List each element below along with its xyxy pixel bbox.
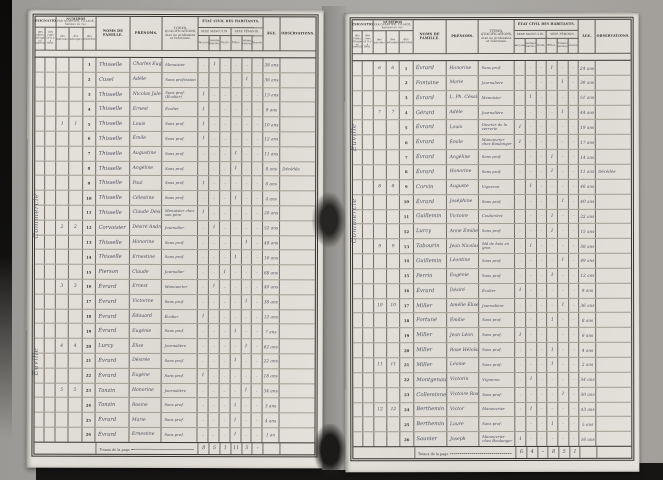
- cell-numero-menage: [387, 269, 400, 283]
- cell-hommes-maries: [209, 236, 220, 250]
- cell-hommes-maries: [526, 195, 537, 209]
- cell-veufs: [536, 61, 547, 75]
- cell-designation-rue: [46, 176, 56, 190]
- cell-veuves: [569, 432, 580, 446]
- cell-designation-rue: [46, 147, 56, 161]
- cell-nom: Lurcy: [414, 224, 448, 238]
- cell-age: 40 ans: [263, 280, 280, 294]
- cell-garcons: 1: [515, 328, 526, 342]
- cell-numero-maison: 1: [56, 117, 69, 131]
- cell-titre-profession: Menuisier: [163, 58, 199, 72]
- cell-age: 44 ans: [579, 105, 596, 119]
- cell-designation-village: [353, 343, 363, 357]
- cell-numero-maison: [374, 432, 387, 446]
- cell-veuves: [252, 413, 263, 427]
- cell-nom: Tanzin: [96, 398, 130, 412]
- cell-observation: [280, 236, 315, 250]
- cell-numero-maison: [56, 265, 69, 279]
- cell-femmes-mariees: [242, 206, 253, 220]
- cell-observation: [280, 132, 315, 146]
- cell-hommes-maries: [526, 358, 537, 372]
- cell-designation-rue: [46, 102, 56, 116]
- cell-hommes-maries: [526, 61, 537, 75]
- cell-femmes-mariees: [242, 103, 253, 117]
- cell-garcons: [515, 313, 526, 327]
- cell-titre-profession: Couturière: [479, 209, 515, 223]
- cell-nom: Thisselle: [96, 235, 130, 249]
- cell-titre-profession: Sans prof.: [479, 224, 515, 238]
- cell-filles: [231, 73, 242, 87]
- table-frame: DÉSIGNATION des villes, villages ou hame…: [31, 14, 318, 458]
- cell-femmes-mariees: [558, 224, 569, 238]
- cell-numero-maison: [373, 76, 386, 90]
- cell-veuves: [252, 236, 263, 250]
- cell-titre-profession: Sans prof.: [479, 269, 515, 283]
- cell-nom: Miller: [414, 328, 448, 342]
- cell-femmes-mariees: [241, 413, 252, 427]
- cell-hommes-maries: [526, 135, 537, 149]
- cell-nom: Évrard: [414, 195, 448, 209]
- cell-veufs: [537, 209, 548, 223]
- cell-numero-menage: [69, 250, 82, 264]
- cell-hommes-maries: 1: [210, 58, 221, 72]
- cell-numero-menage: [69, 176, 82, 190]
- cell-filles: [231, 206, 242, 220]
- table-row: 4420LurcyÉliseJournalière162 ans: [35, 339, 315, 355]
- cell-veufs: [220, 251, 231, 265]
- table-row: 7ÉvrardAngélineSans prof.114 ans: [353, 150, 631, 165]
- cell-titre-profession: Journalière: [162, 384, 198, 398]
- cell-filles: 1: [230, 413, 241, 427]
- cell-designation-rue: [46, 161, 56, 175]
- cell-numero-individu: 23: [401, 388, 414, 402]
- cell-veufs: [537, 388, 548, 402]
- cell-observation: [596, 328, 630, 342]
- cell-titre-profession: Sans prof.: [479, 195, 515, 209]
- cell-femmes-mariees: [241, 354, 252, 368]
- cell-numero-maison: 3: [56, 280, 69, 294]
- cell-veufs: [537, 358, 548, 372]
- cell-designation-village: [353, 388, 363, 402]
- cell-hommes-maries: [209, 295, 220, 309]
- cell-numero-menage: 3: [69, 280, 82, 294]
- cell-age: 4 ans: [580, 343, 597, 357]
- cell-observation: [280, 295, 315, 309]
- cell-numero-menage: [69, 235, 82, 249]
- cell-observation: [280, 428, 315, 442]
- cell-femmes-mariees: [242, 132, 253, 146]
- col-veufs: Veufs.: [220, 36, 231, 51]
- col-designation-title: DÉSIGNATION: [36, 17, 57, 28]
- cell-veufs: [536, 91, 547, 105]
- col-femmes-mariees: Femmes mariées.: [242, 36, 253, 51]
- cell-nom: Miller: [414, 299, 448, 313]
- cell-observation: [280, 73, 315, 87]
- cell-femmes-mariees: [558, 209, 569, 223]
- cell-femmes-mariees: [558, 120, 569, 134]
- cell-hommes-maries: [526, 254, 537, 268]
- cell-veuves: [252, 325, 263, 339]
- totals-leader-dots: [450, 453, 511, 454]
- cell-femmes-mariees: [558, 402, 569, 416]
- cell-garcons: [515, 91, 526, 105]
- table-row: 22MontgenauxVictorinVigneron154 ans: [353, 373, 631, 388]
- cell-filles: 1: [230, 399, 241, 413]
- cell-veuves: [252, 191, 263, 205]
- cell-filles: [547, 120, 558, 134]
- cell-numero-menage: 8: [387, 180, 400, 194]
- totals-value: –: [537, 447, 548, 458]
- table-row: 11ThisselleClaude DésiréMenuisier chez s…: [35, 206, 315, 222]
- cell-numero-menage: [69, 147, 82, 161]
- cell-hommes-maries: [209, 325, 220, 339]
- cell-garcons: [515, 195, 526, 209]
- cell-designation-village: [35, 73, 45, 87]
- table-row: 26SaunierJosephManouvrier chez Boulanger…: [353, 432, 631, 446]
- cell-age: 12 ans: [263, 132, 280, 146]
- totals-row: Totaux de la page 851115–: [35, 442, 315, 455]
- cell-numero-maison: [56, 87, 69, 101]
- cell-designation-rue: [363, 195, 373, 209]
- cell-titre-profession: Journalière: [479, 76, 515, 90]
- cell-numero-maison: 12: [374, 403, 387, 417]
- cell-prenom: Honorine: [447, 165, 479, 179]
- cell-titre-profession: Md de bois en gros: [479, 239, 515, 253]
- cell-observation: [280, 88, 315, 102]
- cell-veufs: [537, 224, 548, 238]
- cell-filles: [231, 103, 242, 117]
- col-observations: OBSERVATIONS.: [596, 20, 630, 54]
- cell-age: 15 ans: [579, 224, 596, 238]
- cell-observation: [280, 206, 315, 220]
- cell-hommes-maries: [526, 284, 537, 298]
- cell-hommes-maries: [209, 310, 220, 324]
- cell-age: 38 ans: [263, 58, 280, 72]
- cell-veufs: [220, 369, 231, 383]
- table-row: 9ThissellePaulSans prof.16 ans: [35, 176, 315, 192]
- cell-prenom: Paul: [130, 176, 162, 190]
- cell-nom: Cusel: [96, 73, 130, 87]
- cell-numero-individu: 17: [82, 295, 95, 309]
- cell-numero-individu: 7: [400, 150, 413, 164]
- cell-filles: 1: [548, 343, 559, 357]
- cell-prenom: Victorine: [130, 295, 162, 309]
- col-titres-qualifications: TITRES, QUALIFICATIONS, état ou professi…: [479, 20, 515, 54]
- cell-designation-rue: [363, 239, 373, 253]
- col-prenoms: PRÉNOMS.: [130, 17, 163, 51]
- cell-designation-rue: [364, 373, 374, 387]
- cell-filles: [231, 177, 242, 191]
- cell-observation: [596, 61, 630, 75]
- cell-femmes-mariees: 1: [558, 254, 569, 268]
- cell-garcons: [198, 236, 209, 250]
- table-row: 9913TabourinJean NicolasMd de bois en gr…: [353, 239, 631, 254]
- cell-numero-menage: [387, 121, 400, 135]
- cell-numero-individu: 18: [82, 309, 95, 323]
- cell-designation-rue: [363, 314, 373, 328]
- cell-numero-maison: [373, 121, 386, 135]
- cell-numero-maison: 5: [55, 383, 68, 397]
- table-row: 18ÉvrardÉdouardÉcolier112 ans: [35, 309, 315, 325]
- cell-veufs: [536, 106, 547, 120]
- cell-femmes-mariees: [242, 147, 253, 161]
- cell-hommes-maries: [209, 339, 220, 353]
- cell-filles: [547, 254, 558, 268]
- totals-value: 1: [569, 447, 580, 458]
- cell-observation: [280, 413, 315, 427]
- cell-designation-rue: [45, 309, 55, 323]
- cell-veuves: [252, 354, 263, 368]
- cell-age: 8 ans: [263, 162, 280, 176]
- cell-veuves: [252, 265, 263, 279]
- cell-numero-individu: 24: [401, 403, 414, 417]
- cell-numero-maison: 4: [55, 339, 68, 353]
- cell-nom: Évrard: [96, 413, 130, 427]
- cell-veufs: [537, 328, 548, 342]
- cell-numero-maison: [56, 58, 69, 72]
- cell-numero-individu: 10: [400, 195, 413, 209]
- cell-filles: [231, 295, 242, 309]
- cell-numero-menage: [387, 432, 400, 446]
- cell-filles: [547, 239, 558, 253]
- cell-filles: 1: [548, 417, 559, 431]
- cell-numero-maison: [55, 428, 68, 442]
- cell-numero-maison: [373, 165, 386, 179]
- table-row: 15PerrinEugénieSans prof.112 ans: [353, 269, 631, 284]
- cell-observation: [596, 76, 630, 90]
- cell-observation: [597, 387, 631, 401]
- cell-designation-rue: [363, 61, 373, 75]
- cell-designation-rue: [46, 117, 56, 131]
- cell-numero-individu: 5: [83, 117, 96, 131]
- table-row: 14GuilleminLéontineSans prof.149 ans: [353, 254, 631, 269]
- cell-numero-menage: 4: [69, 339, 82, 353]
- cell-observation: [596, 284, 630, 298]
- cell-titre-profession: Sans prof.: [480, 388, 516, 402]
- cell-femmes-mariees: [241, 369, 252, 383]
- cell-designation-rue: [363, 136, 373, 150]
- cell-veufs: [220, 103, 231, 117]
- cell-titre-profession: Sans prof. (Écolier): [163, 88, 199, 102]
- cell-prenom: Émilie: [447, 313, 479, 327]
- cell-titre-profession: Sans prof.: [163, 132, 199, 146]
- cell-garcons: [198, 354, 209, 368]
- cell-femmes-mariees: [241, 428, 252, 442]
- cell-veufs: [220, 354, 231, 368]
- cell-veuves: [252, 384, 263, 398]
- cell-age: 36 ans: [579, 298, 596, 312]
- cell-designation-rue: [363, 180, 373, 194]
- cell-designation-village: [353, 358, 363, 372]
- cell-designation-village: [353, 61, 363, 75]
- cell-veuves: [568, 105, 579, 119]
- cell-prenom: Honorine: [130, 236, 162, 250]
- cell-veufs: [220, 191, 231, 205]
- cell-numero-maison: [374, 254, 387, 268]
- cell-observation: [280, 221, 315, 235]
- totals-label-text: Totaux de la page: [99, 448, 129, 452]
- cell-numero-individu: 22: [401, 373, 414, 387]
- cell-nom: Évrard: [413, 91, 447, 105]
- cell-designation-rue: [45, 235, 55, 249]
- cell-observation: Décédée: [280, 162, 315, 176]
- cell-hommes-maries: [209, 162, 220, 176]
- totals-value: 11: [230, 443, 241, 454]
- table-row: 22ÉvrardEugèneSans prof.118 ans: [35, 368, 315, 384]
- col-filles: Filles.: [231, 36, 242, 51]
- cell-prenom: Charles Eugène: [130, 58, 162, 72]
- cell-observation: [280, 310, 315, 324]
- cell-designation-rue: [45, 221, 55, 235]
- cell-numero-menage: [387, 373, 400, 387]
- cell-titre-profession: Sans prof.: [480, 358, 516, 372]
- cell-filles: 1: [547, 165, 558, 179]
- cell-titre-profession: Journalière: [479, 106, 515, 120]
- cell-prenom: Victor: [447, 403, 479, 417]
- cell-filles: 1: [547, 150, 558, 164]
- cell-prenom: Célestine: [130, 191, 162, 205]
- cell-veufs: [537, 313, 548, 327]
- cell-designation-village: [35, 428, 45, 442]
- cell-age: 34 ans: [263, 384, 280, 398]
- cell-numero-individu: 4: [400, 106, 413, 120]
- cell-titre-profession: Menuisier chez son père: [162, 206, 198, 220]
- cell-prenom: Rose Héloïse: [447, 343, 479, 357]
- cell-hommes-maries: 1: [209, 221, 220, 235]
- cell-filles: [547, 91, 558, 105]
- cell-veufs: [220, 73, 231, 87]
- cell-numero-maison: 6: [373, 61, 386, 75]
- table-row: 1ThisselleCharles EugèneMenuisier138 ans: [36, 58, 316, 74]
- cell-veufs: [220, 221, 231, 235]
- cell-veuves: [252, 206, 263, 220]
- cell-numero-maison: 2: [56, 221, 69, 235]
- cell-numero-menage: [387, 388, 400, 402]
- cell-garcons: [199, 191, 210, 205]
- col-age: ÂGE.: [579, 20, 596, 54]
- cell-designation-rue: [364, 418, 374, 432]
- cell-prenom: Auguste: [447, 180, 479, 194]
- cell-filles: [231, 236, 242, 250]
- cell-age: 19 ans: [579, 120, 596, 134]
- table-row: 5523TanzinHonorineJournalière134 ans: [35, 383, 315, 399]
- cell-designation-rue: [45, 250, 55, 264]
- cell-veuves: [569, 165, 580, 179]
- cell-numero-individu: 16: [82, 280, 95, 294]
- col-noms-famille: NOMS DE FAMILLE.: [97, 17, 131, 51]
- cell-titre-profession: Sans prof.: [163, 162, 199, 176]
- col-hommes-maries: Hommes mariés.: [210, 36, 221, 51]
- cell-designation-village: [35, 132, 45, 146]
- table-row: 16ÉvrardDésiréÉcolier19 ans: [353, 284, 631, 299]
- cell-age: 49 ans: [579, 254, 596, 268]
- col-garcons: Garçons.: [199, 36, 210, 51]
- cell-veuves: [252, 251, 263, 265]
- col-designation-villages: des villes, villages ou hameaux.: [353, 31, 363, 54]
- cell-filles: [230, 384, 241, 398]
- cell-veuves: [253, 132, 264, 146]
- cell-femmes-mariees: [558, 165, 569, 179]
- cell-designation-rue: [364, 388, 374, 402]
- cell-age: 68 ans: [263, 265, 280, 279]
- cell-femmes-mariees: [241, 280, 252, 294]
- cell-designation-rue: [363, 165, 373, 179]
- cell-femmes-mariees: [241, 265, 252, 279]
- cell-prenom: Léonie: [447, 358, 479, 372]
- totals-value: 5: [209, 443, 220, 454]
- cell-veuves: [253, 73, 264, 87]
- cell-filles: 1: [231, 191, 242, 205]
- cell-observation: [596, 254, 630, 268]
- cell-numero-individu: 16: [400, 284, 413, 298]
- cell-veufs: [537, 269, 548, 283]
- cell-femmes-mariees: [558, 313, 569, 327]
- cell-filles: [231, 265, 242, 279]
- cell-age: 4 ans: [263, 191, 280, 205]
- cell-veuves: [569, 209, 580, 223]
- cell-veuves: [252, 428, 263, 442]
- table-row: 20MillerRose HéloïseSans prof.14 ans: [353, 343, 631, 358]
- cell-numero-menage: [69, 132, 82, 146]
- cell-femmes-mariees: [242, 177, 253, 191]
- numeros-subtitle-text: PAR QUARTIER, VILLAGE, hameau ou rue.: [374, 24, 412, 30]
- cell-numero-menage: [69, 324, 82, 338]
- cell-designation-rue: [45, 398, 55, 412]
- cell-prenom: Louis: [447, 120, 479, 134]
- cell-hommes-maries: [209, 177, 220, 191]
- cell-prenom: Ernest: [130, 280, 162, 294]
- cell-titre-profession: Sans prof.: [480, 417, 516, 431]
- gutter-bottom-shadow: [314, 424, 346, 476]
- cell-observation: [596, 239, 630, 253]
- cell-numero-menage: [69, 161, 82, 175]
- cell-nom: Évrard: [96, 369, 130, 383]
- cell-titre-profession: Sans prof.: [162, 324, 198, 338]
- cell-hommes-maries: [209, 132, 220, 146]
- cell-garcons: [515, 254, 526, 268]
- cell-veuves: [252, 310, 263, 324]
- cell-veuves: [253, 88, 264, 102]
- cell-hommes-maries: 1: [526, 402, 537, 416]
- cell-garcons: [198, 324, 209, 338]
- cell-nom: Berthemin: [414, 417, 448, 431]
- cell-numero-individu: 20: [400, 343, 413, 357]
- cell-numero-maison: [55, 413, 68, 427]
- col-numeros-maisons: des maisons.: [56, 28, 69, 51]
- col-numeros-individus: des individus.: [83, 28, 96, 51]
- cell-titre-profession: Écolier: [163, 102, 199, 116]
- cell-numero-maison: [373, 135, 386, 149]
- totals-leader-dots: [132, 449, 194, 450]
- cell-femmes-mariees: [241, 251, 252, 265]
- census-table: DÉSIGNATION des villes, villages ou hame…: [34, 16, 317, 456]
- cell-observation: [596, 269, 630, 283]
- cell-designation-village: [353, 254, 363, 268]
- cell-prenom: Désiré André: [130, 221, 162, 235]
- table-row: 10ÉvrardJoséphineSans prof.140 ans: [353, 194, 631, 209]
- cell-designation-rue: [363, 284, 373, 298]
- table-row: 23ColleminneVictoire RoseSans prof.150 a…: [353, 387, 631, 402]
- cell-prenom: Ernestine: [130, 250, 162, 264]
- cell-numero-menage: [387, 284, 400, 298]
- cell-titre-profession: Sans prof.: [162, 236, 198, 250]
- cell-garcons: 1: [199, 117, 210, 131]
- cell-garcons: [515, 61, 526, 75]
- table-header: DÉSIGNATION des villes, villages ou hame…: [353, 20, 631, 61]
- cell-titre-profession: Journalier: [162, 265, 198, 279]
- cell-prenom: Émile: [130, 132, 162, 146]
- cell-prenom: Adèle: [130, 73, 162, 87]
